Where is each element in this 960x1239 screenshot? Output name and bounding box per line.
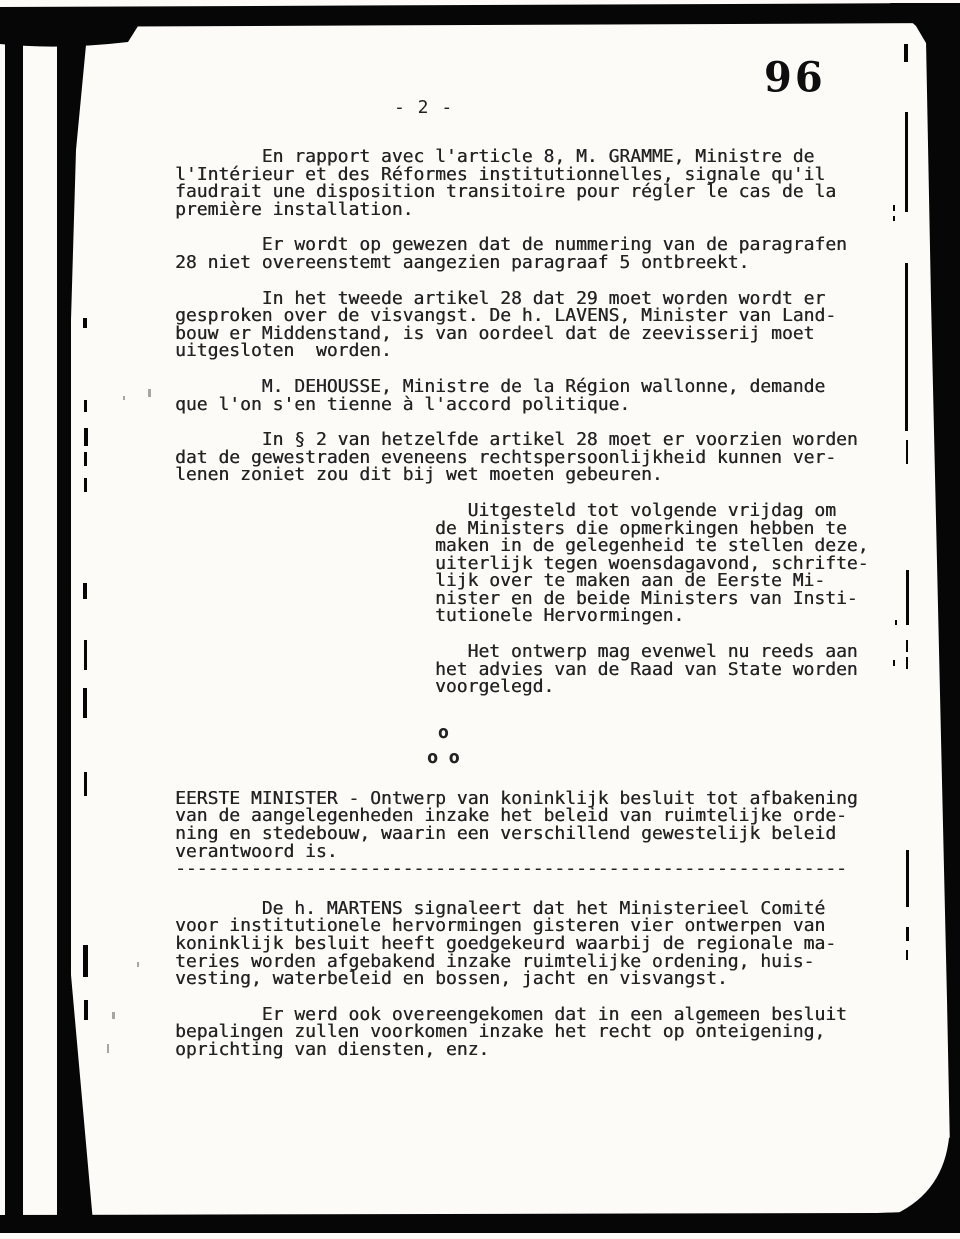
document-body: En rapport avec l'article 8, M. GRAMME, …	[175, 148, 895, 1059]
scanned-document-page: 96 - 2 - En rapport avec l'article 8, M.…	[0, 0, 960, 1239]
scan-speck	[148, 389, 151, 397]
paragraph-nummering: Er wordt op gewezen dat de nummering van…	[175, 236, 895, 271]
paragraph-onteigening: Er werd ook overeengekomen dat in een al…	[175, 1006, 895, 1059]
section-separator-circles: o o o	[427, 720, 895, 770]
page-corner-number: 96	[764, 53, 826, 102]
scan-speck	[123, 396, 125, 400]
paragraph-eerste-minister: EERSTE MINISTER - Ontwerp van koninklijk…	[175, 790, 895, 878]
paragraph-lavens: In het tweede artikel 28 dat 29 moet wor…	[175, 290, 895, 360]
scan-speck	[137, 962, 139, 967]
paragraph-raad-van-state: Het ontwerp mag evenwel nu reeds aan het…	[435, 643, 895, 696]
paragraph-uitgesteld: Uitgesteld tot volgende vrijdag om de Mi…	[435, 502, 895, 625]
paragraph-martens: De h. MARTENS signaleert dat het Ministe…	[175, 900, 895, 988]
paragraph-gramme-fr: En rapport avec l'article 8, M. GRAMME, …	[175, 148, 895, 218]
paragraph-artikel-28: In § 2 van hetzelfde artikel 28 moet er …	[175, 431, 895, 484]
page-number-label: - 2 -	[394, 97, 453, 118]
scan-speck	[107, 1044, 109, 1053]
paragraph-dehousse: M. DEHOUSSE, Ministre de la Région wallo…	[175, 378, 895, 413]
scan-speck	[112, 1012, 115, 1019]
